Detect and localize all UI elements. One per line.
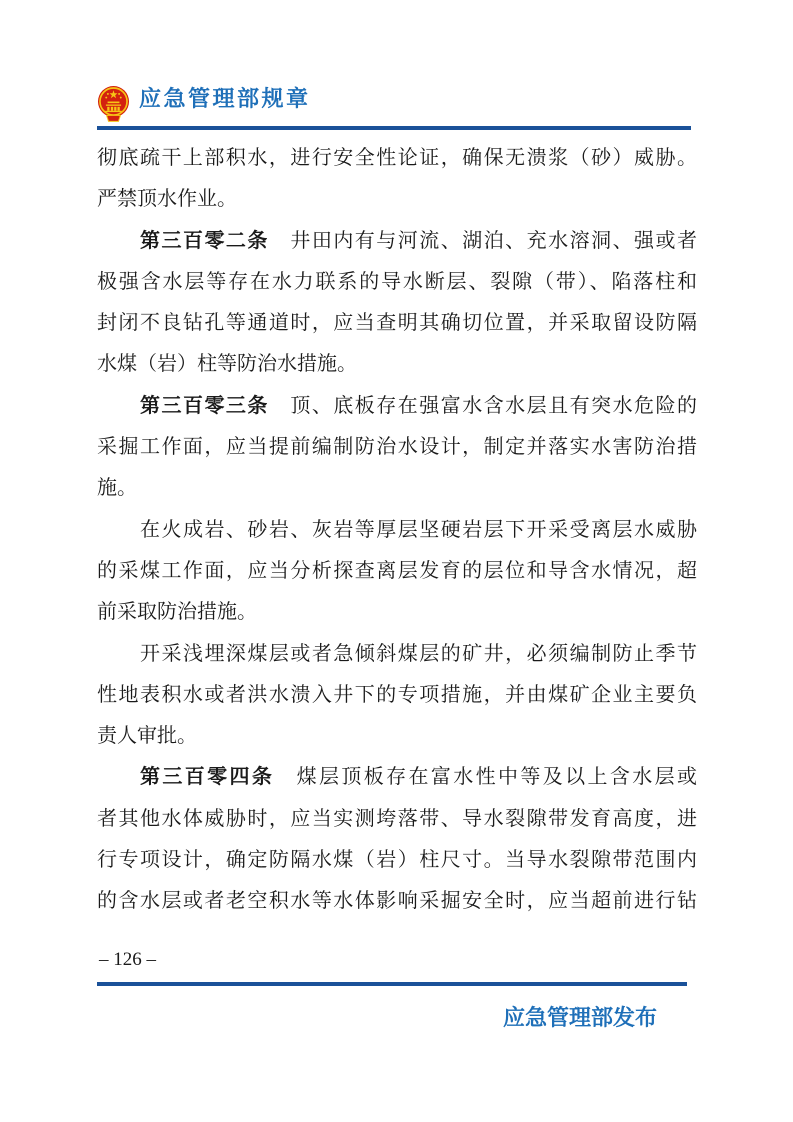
- text-line: 前采取防治措施。: [97, 592, 697, 633]
- text-line: 开采浅埋深煤层或者急倾斜煤层的矿井，必须编制防止季节: [97, 634, 697, 675]
- text-line: 第三百零二条 井田内有与河流、湖泊、充水溶洞、强或者: [97, 221, 697, 262]
- national-emblem-icon: [97, 85, 130, 122]
- article-number: 第三百零二条: [140, 230, 269, 252]
- text-line: 水煤（岩）柱等防治水措施。: [97, 344, 697, 385]
- text-line: 封闭不良钻孔等通道时，应当查明其确切位置，并采取留设防隔: [97, 303, 697, 344]
- text-line: 者其他水体威胁时，应当实测垮落带、导水裂隙带发育高度，进: [97, 799, 697, 840]
- page-header: 应急管理部规章: [97, 84, 311, 124]
- text-line: 第三百零三条 顶、底板存在强富水含水层且有突水危险的: [97, 386, 697, 427]
- text-line: 第三百零四条 煤层顶板存在富水性中等及以上含水层或: [97, 757, 697, 798]
- document-page: 应急管理部规章 彻底疏干上部积水，进行安全性论证，确保无溃浆（砂）威胁。严禁顶水…: [0, 0, 793, 1122]
- text-line: 行专项设计，确定防隔水煤（岩）柱尺寸。当导水裂隙带范围内: [97, 840, 697, 881]
- text-line: 在火成岩、砂岩、灰岩等厚层坚硬岩层下开采受离层水威胁: [97, 510, 697, 551]
- article-number: 第三百零三条: [140, 395, 269, 417]
- text-line: 的含水层或者老空积水等水体影响采掘安全时，应当超前进行钻: [97, 881, 697, 922]
- article-number: 第三百零四条: [140, 766, 274, 788]
- text-line: 性地表积水或者洪水溃入井下的专项措施，并由煤矿企业主要负: [97, 675, 697, 716]
- text-line: 采掘工作面，应当提前编制防治水设计，制定并落实水害防治措: [97, 427, 697, 468]
- text-line: 彻底疏干上部积水，进行安全性论证，确保无溃浆（砂）威胁。: [97, 138, 697, 179]
- document-body: 彻底疏干上部积水，进行安全性论证，确保无溃浆（砂）威胁。严禁顶水作业。第三百零二…: [97, 138, 697, 923]
- publisher-label: 应急管理部发布: [97, 1003, 691, 1033]
- header-rule: [97, 126, 691, 130]
- page-number: – 126 –: [99, 946, 156, 974]
- text-line: 施。: [97, 468, 697, 509]
- text-line: 的采煤工作面，应当分析探查离层发育的层位和导含水情况，超: [97, 551, 697, 592]
- text-line: 责人审批。: [97, 716, 697, 757]
- text-line: 极强含水层等存在水力联系的导水断层、裂隙（带）、陷落柱和: [97, 262, 697, 303]
- text-line: 严禁顶水作业。: [97, 179, 697, 220]
- page-title: 应急管理部规章: [139, 84, 311, 114]
- footer-rule: [97, 982, 687, 986]
